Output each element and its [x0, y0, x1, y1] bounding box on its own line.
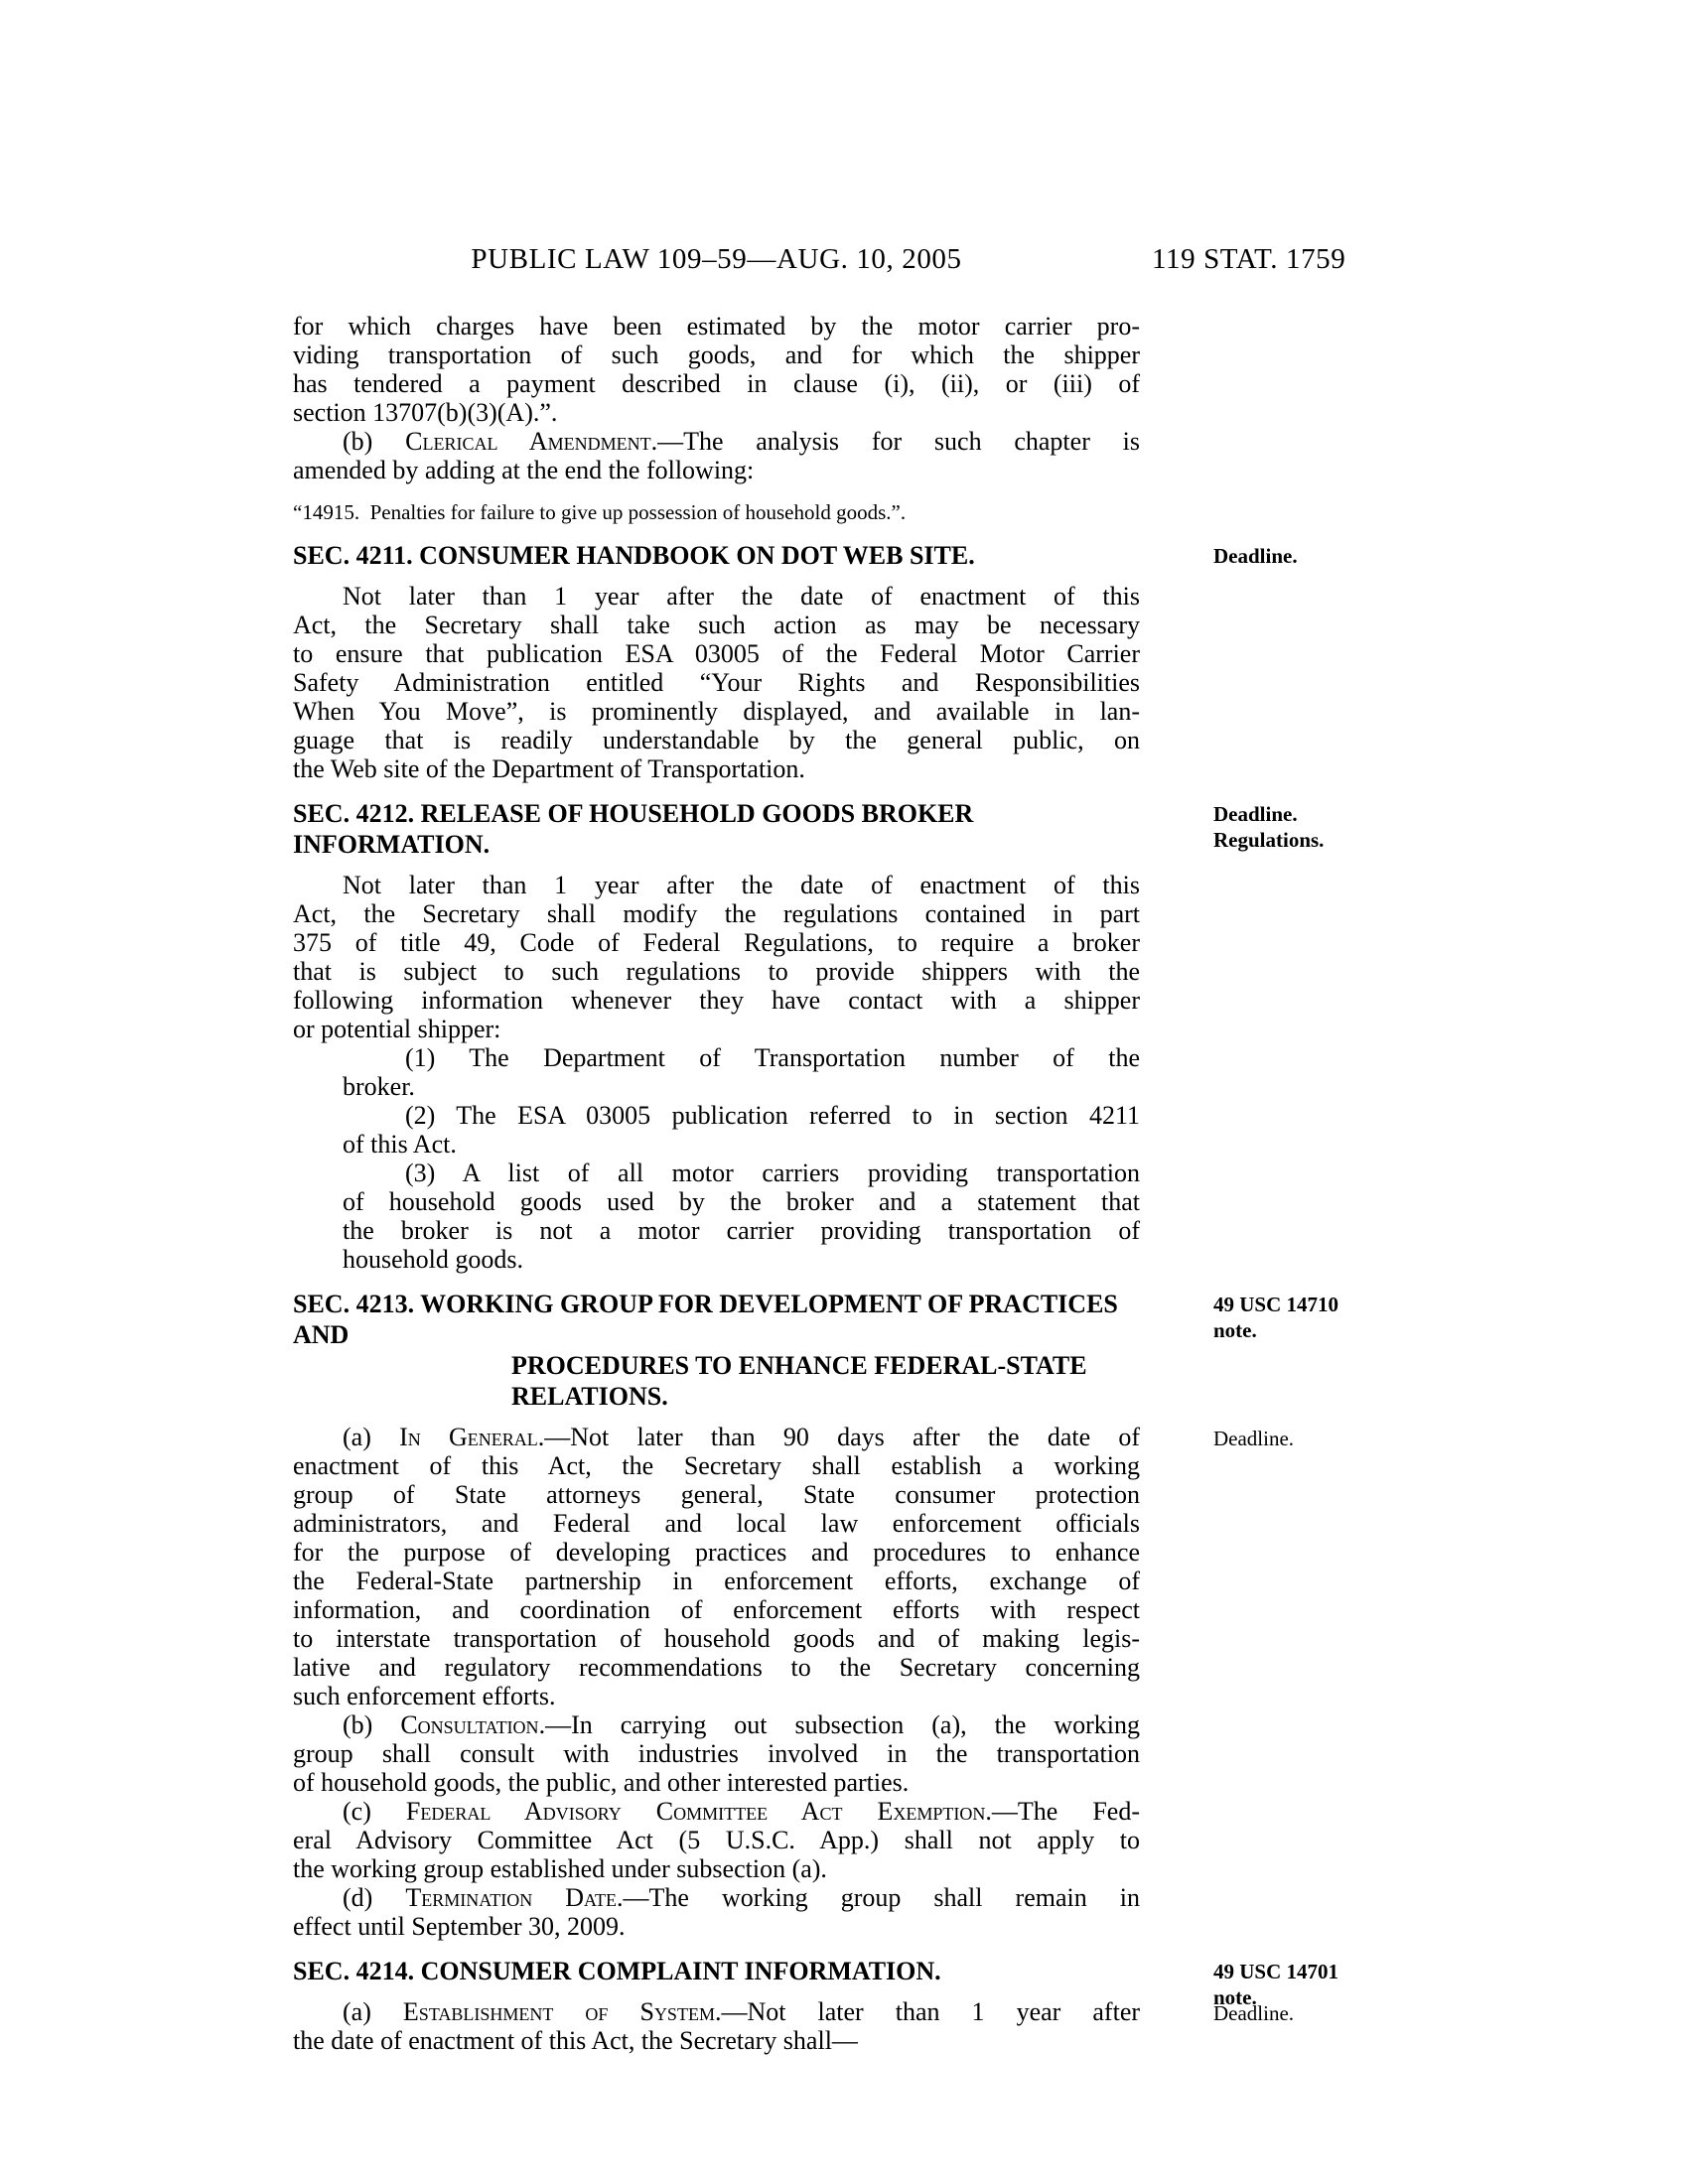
heading-line: SEC. 4212. RELEASE OF HOUSEHOLD GOODS BR…: [293, 798, 1140, 860]
body-paragraph: (a) Establishment of System.—Not later t…: [293, 1997, 1140, 2055]
text-line: the Federal-State partnership in enforce…: [293, 1567, 1140, 1595]
text-run: has tendered a payment described in clau…: [293, 369, 1140, 398]
text-line: such enforcement efforts.: [293, 1682, 1140, 1710]
body-paragraph: (b) Clerical Amendment.—The analysis for…: [293, 427, 1140, 484]
margin-notes: Deadline.: [1213, 543, 1372, 569]
section-heading: SEC. 4214. CONSUMER COMPLAINT INFORMATIO…: [293, 1956, 1140, 1986]
text-line: eral Advisory Committee Act (5 U.S.C. Ap…: [293, 1826, 1140, 1854]
text-line: (3) A list of all motor carriers providi…: [343, 1159, 1140, 1187]
running-head-title: PUBLIC LAW 109–59—AUG. 10, 2005: [293, 244, 1140, 274]
text-run: SEC. 4211. CONSUMER HANDBOOK ON DOT WEB …: [293, 541, 975, 570]
text-line: household goods.: [343, 1245, 1140, 1274]
section-heading: SEC. 4213. WORKING GROUP FOR DEVELOPMENT…: [293, 1289, 1140, 1412]
small-caps-run: Consultation: [400, 1710, 538, 1739]
text-line: of household goods, the public, and othe…: [293, 1768, 1140, 1797]
page-header: PUBLIC LAW 109–59—AUG. 10, 2005 119 STAT…: [293, 244, 1140, 274]
body-paragraph: (a) In General.—Not later than 90 days a…: [293, 1423, 1140, 1710]
text-run: the broker is not a motor carrier provid…: [343, 1216, 1140, 1245]
text-run: .—The working group shall remain in: [617, 1883, 1140, 1912]
margin-note: Deadline.: [1213, 2000, 1372, 2026]
text-run: of household goods, the public, and othe…: [293, 1768, 909, 1797]
body-paragraph: Not later than 1 year after the date of …: [293, 871, 1140, 1043]
text-line: (2) The ESA 03005 publication referred t…: [343, 1101, 1140, 1130]
text-run: SEC. 4214. CONSUMER COMPLAINT INFORMATIO…: [293, 1957, 941, 1985]
heading-line: SEC. 4211. CONSUMER HANDBOOK ON DOT WEB …: [293, 540, 1140, 571]
text-line: the working group established under subs…: [293, 1854, 1140, 1883]
text-line: of household goods used by the broker an…: [343, 1187, 1140, 1216]
text-run: (a): [343, 1423, 399, 1451]
small-caps-run: In General: [399, 1423, 538, 1451]
text-run: that is subject to such regulations to p…: [293, 957, 1140, 986]
margin-notes: Deadline.Regulations.: [1213, 801, 1372, 853]
text-line: for the purpose of developing practices …: [293, 1538, 1140, 1567]
text-run: Not later than 1 year after the date of …: [343, 582, 1140, 611]
statute-page: PUBLIC LAW 109–59—AUG. 10, 2005 119 STAT…: [0, 0, 1688, 2184]
text-line: of this Act.: [343, 1130, 1140, 1159]
text-run: 375 of title 49, Code of Federal Regulat…: [293, 928, 1140, 957]
text-line: Act, the Secretary shall take such actio…: [293, 611, 1140, 639]
text-run: lative and regulatory recommendations to…: [293, 1653, 1140, 1682]
section-heading: SEC. 4211. CONSUMER HANDBOOK ON DOT WEB …: [293, 540, 1140, 571]
text-run: amended by adding at the end the followi…: [293, 456, 754, 484]
text-run: viding transportation of such goods, and…: [293, 341, 1140, 369]
text-run: .—The Fed-: [985, 1797, 1140, 1826]
margin-notes: 49 USC 14710 note.: [1213, 1292, 1372, 1343]
text-line: or potential shipper:: [293, 1015, 1140, 1043]
text-run: .—In carrying out subsection (a), the wo…: [539, 1710, 1140, 1739]
text-run: When You Move”, is prominently displayed…: [293, 697, 1140, 726]
text-run: (c): [343, 1797, 406, 1826]
text-line: (c) Federal Advisory Committee Act Exemp…: [293, 1797, 1140, 1826]
heading-line: SEC. 4214. CONSUMER COMPLAINT INFORMATIO…: [293, 1956, 1140, 1986]
small-caps-run: Federal Advisory Committee Act Exemption: [406, 1797, 985, 1826]
text-run: (b): [343, 427, 405, 456]
text-run: the date of enactment of this Act, the S…: [293, 2026, 858, 2055]
margin-note: Deadline.: [1213, 543, 1372, 569]
list-item: (2) The ESA 03005 publication referred t…: [343, 1101, 1140, 1159]
text-line: (d) Termination Date.—The working group …: [293, 1883, 1140, 1912]
text-run: .—Not later than 1 year after: [715, 1997, 1140, 2026]
small-caps-run: Clerical Amendment: [405, 427, 650, 456]
text-line: the Web site of the Department of Transp…: [293, 754, 1140, 783]
page-content: PUBLIC LAW 109–59—AUG. 10, 2005 119 STAT…: [293, 244, 1140, 2055]
margin-note: Deadline.: [1213, 801, 1372, 827]
text-run: or potential shipper:: [293, 1015, 500, 1043]
text-run: the Web site of the Department of Transp…: [293, 754, 805, 783]
text-run: to ensure that publication ESA 03005 of …: [293, 639, 1140, 668]
text-line: 375 of title 49, Code of Federal Regulat…: [293, 928, 1140, 957]
text-run: broker.: [343, 1072, 415, 1101]
text-line: (b) Consultation.—In carrying out subsec…: [293, 1710, 1140, 1739]
text-line: group of State attorneys general, State …: [293, 1480, 1140, 1509]
text-run: enactment of this Act, the Secretary sha…: [293, 1451, 1140, 1480]
text-run: (a): [343, 1997, 403, 2026]
text-line: has tendered a payment described in clau…: [293, 369, 1140, 398]
heading-line: PROCEDURES TO ENHANCE FEDERAL-STATE RELA…: [293, 1350, 1140, 1412]
text-line: to interstate transportation of househol…: [293, 1624, 1140, 1653]
text-line: (1) The Department of Transportation num…: [343, 1043, 1140, 1072]
text-run: household goods.: [343, 1245, 523, 1274]
text-run: “14915. Penalties for failure to give up…: [293, 500, 906, 524]
text-line: Act, the Secretary shall modify the regu…: [293, 899, 1140, 928]
text-run: .—Not later than 90 days after the date …: [538, 1423, 1140, 1451]
body-paragraph: for which charges have been estimated by…: [293, 312, 1140, 427]
text-run: for the purpose of developing practices …: [293, 1538, 1140, 1567]
analysis-entry: “14915. Penalties for failure to give up…: [293, 499, 1140, 525]
text-run: to interstate transportation of househol…: [293, 1624, 1140, 1653]
text-run: group shall consult with industries invo…: [293, 1739, 1140, 1768]
text-line: Not later than 1 year after the date of …: [293, 582, 1140, 611]
text-run: (1) The Department of Transportation num…: [405, 1043, 1140, 1072]
text-line: Safety Administration entitled “Your Rig…: [293, 668, 1140, 697]
body-paragraph: (d) Termination Date.—The working group …: [293, 1883, 1140, 1941]
list-item: (3) A list of all motor carriers providi…: [343, 1159, 1140, 1274]
text-run: the Federal-State partnership in enforce…: [293, 1567, 1140, 1595]
text-run: section 13707(b)(3)(A).”.: [293, 398, 557, 427]
text-line: the date of enactment of this Act, the S…: [293, 2026, 1140, 2055]
text-run: (2) The ESA 03005 publication referred t…: [405, 1101, 1140, 1130]
text-run: guage that is readily understandable by …: [293, 726, 1140, 754]
margin-note: 49 USC 14710 note.: [1213, 1292, 1372, 1343]
text-run: .—The analysis for such chapter is: [651, 427, 1140, 456]
margin-note: Regulations.: [1213, 827, 1372, 853]
text-run: effect until September 30, 2009.: [293, 1912, 626, 1941]
text-line: viding transportation of such goods, and…: [293, 341, 1140, 369]
text-line: group shall consult with industries invo…: [293, 1739, 1140, 1768]
document-body: for which charges have been estimated by…: [293, 312, 1140, 2055]
text-line: broker.: [343, 1072, 1140, 1101]
text-run: Act, the Secretary shall modify the regu…: [293, 899, 1140, 928]
text-run: administrators, and Federal and local la…: [293, 1509, 1140, 1538]
text-run: for which charges have been estimated by…: [293, 312, 1140, 341]
text-line: Not later than 1 year after the date of …: [293, 871, 1140, 899]
text-line: (a) Establishment of System.—Not later t…: [293, 1997, 1140, 2026]
text-line: (a) In General.—Not later than 90 days a…: [293, 1423, 1140, 1451]
body-paragraph: Not later than 1 year after the date of …: [293, 582, 1140, 783]
text-run: eral Advisory Committee Act (5 U.S.C. Ap…: [293, 1826, 1140, 1854]
text-run: (b): [343, 1710, 400, 1739]
margin-note: Deadline.: [1213, 1426, 1372, 1451]
margin-notes: Deadline.: [1213, 1426, 1372, 1451]
text-line: following information whenever they have…: [293, 986, 1140, 1015]
text-line: When You Move”, is prominently displayed…: [293, 697, 1140, 726]
text-line: that is subject to such regulations to p…: [293, 957, 1140, 986]
text-run: of household goods used by the broker an…: [343, 1187, 1140, 1216]
text-line: amended by adding at the end the followi…: [293, 456, 1140, 484]
text-line: guage that is readily understandable by …: [293, 726, 1140, 754]
text-line: to ensure that publication ESA 03005 of …: [293, 639, 1140, 668]
text-line: the broker is not a motor carrier provid…: [343, 1216, 1140, 1245]
text-line: information, and coordination of enforce…: [293, 1595, 1140, 1624]
body-paragraph: (c) Federal Advisory Committee Act Exemp…: [293, 1797, 1140, 1883]
text-line: (b) Clerical Amendment.—The analysis for…: [293, 427, 1140, 456]
text-run: SEC. 4213. WORKING GROUP FOR DEVELOPMENT…: [293, 1290, 1118, 1349]
text-run: following information whenever they have…: [293, 986, 1140, 1015]
heading-line: SEC. 4213. WORKING GROUP FOR DEVELOPMENT…: [293, 1289, 1140, 1350]
text-run: such enforcement efforts.: [293, 1682, 555, 1710]
text-run: of this Act.: [343, 1130, 457, 1159]
section-heading: SEC. 4212. RELEASE OF HOUSEHOLD GOODS BR…: [293, 798, 1140, 860]
text-run: (3) A list of all motor carriers providi…: [405, 1159, 1140, 1187]
small-caps-run: Termination Date: [405, 1883, 617, 1912]
text-run: information, and coordination of enforce…: [293, 1595, 1140, 1624]
text-run: PROCEDURES TO ENHANCE FEDERAL-STATE RELA…: [511, 1351, 1087, 1411]
text-line: for which charges have been estimated by…: [293, 312, 1140, 341]
text-run: SEC. 4212. RELEASE OF HOUSEHOLD GOODS BR…: [293, 799, 973, 859]
text-run: Safety Administration entitled “Your Rig…: [293, 668, 1140, 697]
text-line: “14915. Penalties for failure to give up…: [293, 499, 1140, 525]
body-paragraph: (b) Consultation.—In carrying out subsec…: [293, 1710, 1140, 1797]
text-line: lative and regulatory recommendations to…: [293, 1653, 1140, 1682]
text-line: enactment of this Act, the Secretary sha…: [293, 1451, 1140, 1480]
text-run: Not later than 1 year after the date of …: [343, 871, 1140, 899]
text-line: effect until September 30, 2009.: [293, 1912, 1140, 1941]
text-run: the working group established under subs…: [293, 1854, 827, 1883]
list-item: (1) The Department of Transportation num…: [343, 1043, 1140, 1101]
text-run: group of State attorneys general, State …: [293, 1480, 1140, 1509]
text-run: (d): [343, 1883, 405, 1912]
text-line: section 13707(b)(3)(A).”.: [293, 398, 1140, 427]
text-run: Act, the Secretary shall take such actio…: [293, 611, 1140, 639]
text-line: administrators, and Federal and local la…: [293, 1509, 1140, 1538]
stat-page-number: 119 STAT. 1759: [1152, 244, 1345, 274]
margin-notes: Deadline.: [1213, 2000, 1372, 2026]
small-caps-run: Establishment of System: [403, 1997, 715, 2026]
